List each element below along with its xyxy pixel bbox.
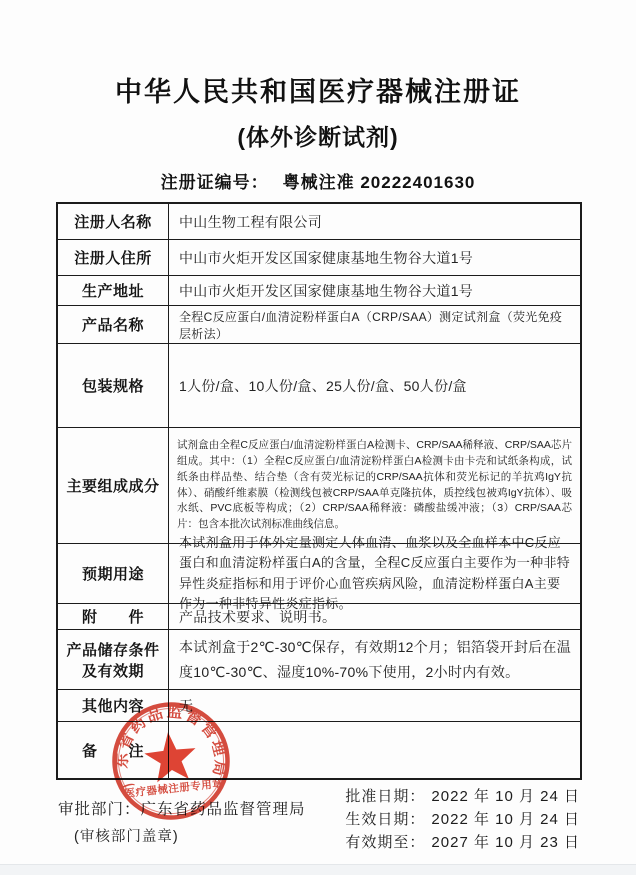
row-value: 全程C反应蛋白/血清淀粉样蛋白A（CRP/SAA）测定试剂盒（荧光免疫层析法） <box>169 306 580 343</box>
approval-department-block: 审批部门：广东省药品监督管理局 (审核部门盖章) <box>58 783 306 854</box>
row-label: 注册人名称 <box>58 204 169 239</box>
row-value: 中山生物工程有限公司 <box>169 204 580 239</box>
approval-date-label: 批准日期： <box>345 788 425 805</box>
dates-block: 批准日期：2022 年 10 月 24 日 生效日期：2022 年 10 月 2… <box>345 783 580 854</box>
registration-number-label: 注册证编号： <box>161 173 269 192</box>
effective-date-value: 2022 年 10 月 24 日 <box>431 811 580 828</box>
row-value: 试剂盒由全程C反应蛋白/血清淀粉样蛋白A检测卡、CRP/SAA稀释液、CRP/S… <box>169 428 580 543</box>
effective-date-label: 生效日期： <box>345 811 425 828</box>
certificate-page: 中华人民共和国医疗器械注册证 (体外诊断试剂) 注册证编号：粤械注准 20222… <box>0 0 636 875</box>
approval-date-value: 2022 年 10 月 24 日 <box>431 788 580 805</box>
table-row-intended-use: 预期用途 本试剂盒用于体外定量测定人体血清、血浆以及全血样本中C反应蛋白和血清淀… <box>58 544 580 604</box>
table-row-packaging-spec: 包装规格 1人份/盒、10人份/盒、25人份/盒、50人份/盒 <box>58 344 580 428</box>
row-label: 附 件 <box>58 604 169 629</box>
row-label: 主要组成成分 <box>58 428 169 543</box>
page-title: 中华人民共和国医疗器械注册证 <box>0 70 636 109</box>
row-value: 1人份/盒、10人份/盒、25人份/盒、50人份/盒 <box>169 344 580 427</box>
table-row-production-address: 生产地址 中山市火炬开发区国家健康基地生物谷大道1号 <box>58 276 580 306</box>
approval-department-label: 审批部门： <box>58 801 141 818</box>
row-label: 生产地址 <box>58 276 169 305</box>
row-value: 本试剂盒于2℃-30℃保存，有效期12个月；铝箔袋开封后在温度10℃-30℃、湿… <box>169 630 580 689</box>
bottom-edge-strip <box>0 864 636 875</box>
expiry-date-label: 有效期至： <box>345 834 425 851</box>
row-value: 中山市火炬开发区国家健康基地生物谷大道1号 <box>169 276 580 305</box>
certificate-footer: 审批部门：广东省药品监督管理局 (审核部门盖章) 批准日期：2022 年 10 … <box>0 783 636 854</box>
expiry-date-value: 2027 年 10 月 23 日 <box>431 834 580 851</box>
approval-date-line: 批准日期：2022 年 10 月 24 日 <box>345 785 580 808</box>
expiry-date-line: 有效期至：2027 年 10 月 23 日 <box>345 831 580 854</box>
row-label: 注册人住所 <box>58 240 169 275</box>
row-label: 产品名称 <box>58 306 169 343</box>
row-value: 产品技术要求、说明书。 <box>169 604 580 629</box>
table-row-remarks: 备 注 <box>58 722 580 778</box>
row-label: 产品储存条件及有效期 <box>58 630 169 689</box>
row-value: 无 <box>169 690 580 721</box>
registration-number-line: 注册证编号：粤械注准 20222401630 <box>0 168 636 193</box>
row-value: 中山市火炬开发区国家健康基地生物谷大道1号 <box>169 240 580 275</box>
row-value <box>169 722 580 778</box>
table-row-registrant-name: 注册人名称 中山生物工程有限公司 <box>58 204 580 240</box>
table-row-main-components: 主要组成成分 试剂盒由全程C反应蛋白/血清淀粉样蛋白A检测卡、CRP/SAA稀释… <box>58 428 580 544</box>
row-label: 预期用途 <box>58 544 169 603</box>
certificate-table: 注册人名称 中山生物工程有限公司 注册人住所 中山市火炬开发区国家健康基地生物谷… <box>56 202 582 780</box>
review-seal-note: (审核部门盖章) <box>74 825 306 846</box>
table-row-product-name: 产品名称 全程C反应蛋白/血清淀粉样蛋白A（CRP/SAA）测定试剂盒（荧光免疫… <box>58 306 580 344</box>
page-subtitle: (体外诊断试剂) <box>0 119 636 152</box>
approval-department-value: 广东省药品监督管理局 <box>141 801 306 818</box>
row-value: 本试剂盒用于体外定量测定人体血清、血浆以及全血样本中C反应蛋白和血清淀粉样蛋白A… <box>169 544 580 603</box>
table-row-attachments: 附 件 产品技术要求、说明书。 <box>58 604 580 630</box>
registration-number-value: 粤械注准 20222401630 <box>283 173 476 192</box>
row-label: 包装规格 <box>58 344 169 427</box>
table-row-registrant-address: 注册人住所 中山市火炬开发区国家健康基地生物谷大道1号 <box>58 240 580 276</box>
effective-date-line: 生效日期：2022 年 10 月 24 日 <box>345 808 580 831</box>
table-row-storage-validity: 产品储存条件及有效期 本试剂盒于2℃-30℃保存，有效期12个月；铝箔袋开封后在… <box>58 630 580 690</box>
approval-department-line: 审批部门：广东省药品监督管理局 <box>58 797 306 819</box>
row-label: 备 注 <box>58 722 169 778</box>
row-label: 其他内容 <box>58 690 169 721</box>
table-row-other-content: 其他内容 无 <box>58 690 580 722</box>
